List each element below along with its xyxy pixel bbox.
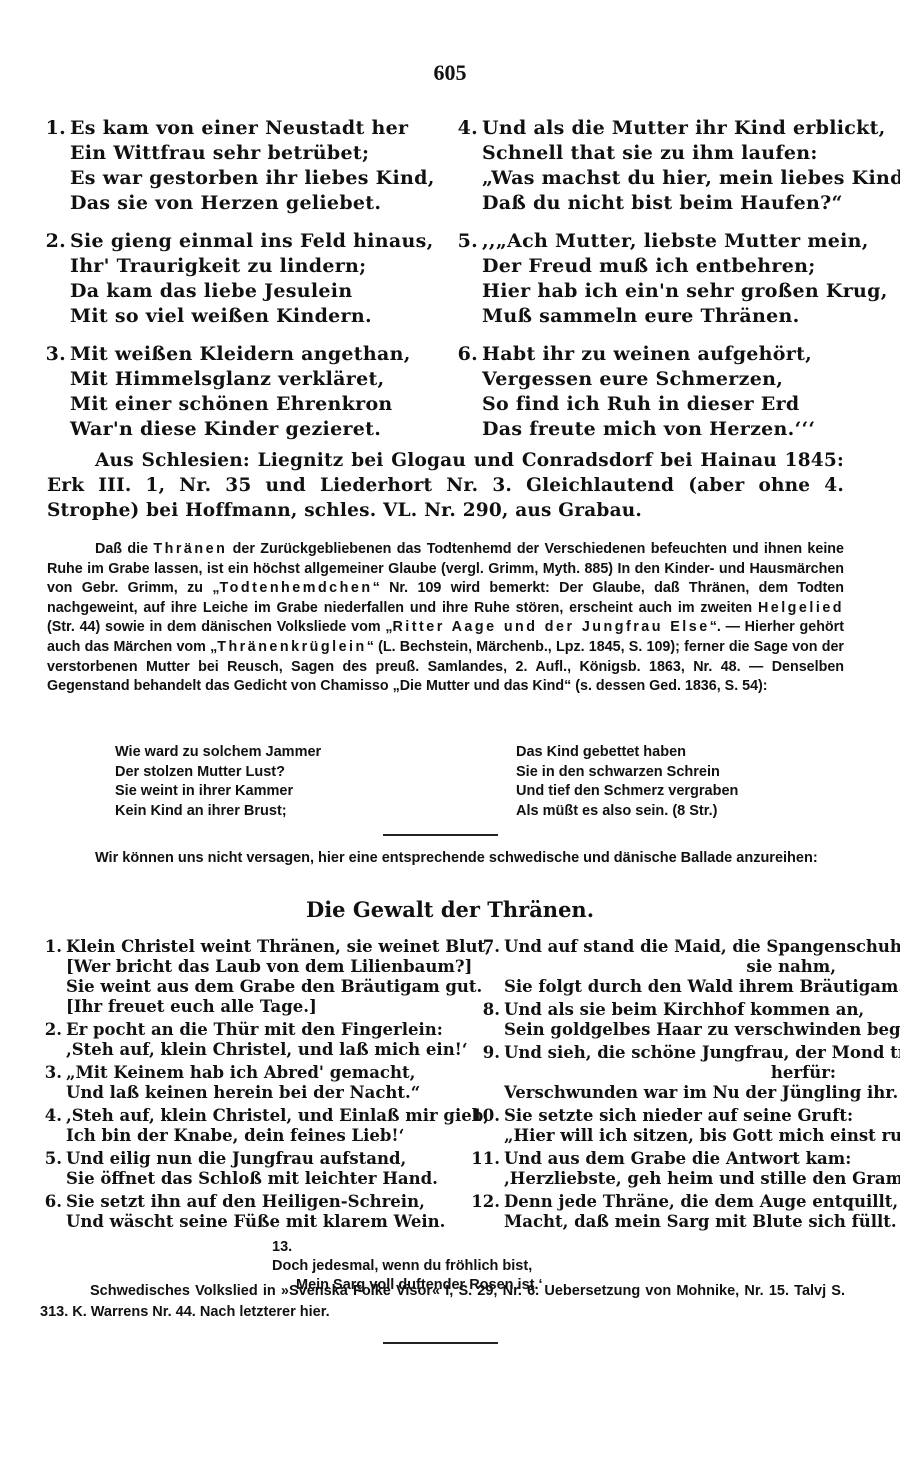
- stanza-line: Mit einer schönen Ehrenkron: [50, 392, 435, 417]
- emphasis-text: Helgelied: [758, 600, 844, 616]
- section-divider: [383, 834, 498, 836]
- poem-stanza: 3.Mit weißen Kleidern angethan, Mit Himm…: [50, 342, 435, 442]
- stanza-line: Ein Wittfrau sehr betrübet;: [50, 141, 435, 166]
- quote-line: Sie in den schwarzen Schrein: [516, 763, 738, 783]
- stanza-number: 2.: [32, 1020, 62, 1040]
- quote-line: Das Kind gebettet haben: [516, 743, 738, 763]
- stanza-number: 3.: [32, 1063, 62, 1083]
- stanza-line: 4.Und als die Mutter ihr Kind erblickt,: [462, 116, 900, 141]
- ballad-line: 5.Und eilig nun die Jungfrau aufstand,: [46, 1149, 446, 1169]
- ballad-line: [Ihr freuet euch alle Tage.]: [46, 997, 446, 1017]
- ballad-title: Die Gewalt der Thränen.: [0, 897, 900, 922]
- stanza-number: 10.: [470, 1106, 500, 1126]
- stanza-number: 6.: [32, 1192, 62, 1212]
- ballad-stanza: 5.Und eilig nun die Jungfrau aufstand, S…: [46, 1149, 446, 1189]
- stanza-number: 1.: [42, 116, 66, 141]
- stanza-number: 8.: [470, 1000, 500, 1020]
- ballad-line: Sie öffnet das Schloß mit leichter Hand.: [46, 1169, 446, 1189]
- ballad-line: [Wer bricht das Laub von dem Lilienbaum?…: [46, 957, 446, 977]
- quote-line: Sie weint in ihrer Kammer: [115, 782, 321, 802]
- ballad-line: 11.Und aus dem Grabe die Antwort kam:: [484, 1149, 836, 1169]
- ballad-line: „Hier will ich sitzen, bis Gott mich ein…: [484, 1126, 836, 1146]
- stanza-number: 13.: [272, 1238, 543, 1257]
- poem-stanza: 2.Sie gieng einmal ins Feld hinaus, Ihr'…: [50, 229, 435, 329]
- ballad-stanza: 1.Klein Christel weint Thränen, sie wein…: [46, 937, 446, 1017]
- stanza-number: 12.: [470, 1192, 500, 1212]
- stanza-line: 3.Mit weißen Kleidern angethan,: [50, 342, 435, 367]
- ballad-stanza: 9.Und sieh, die schöne Jungfrau, der Mon…: [484, 1043, 836, 1103]
- stanza-number: 5.: [32, 1149, 62, 1169]
- ballad-line: 13. Doch jedesmal, wenn du fröhlich bist…: [272, 1238, 543, 1276]
- stanza-line: Mit Himmelsglanz verkläret,: [50, 367, 435, 392]
- ballad-line: 9.Und sieh, die schöne Jungfrau, der Mon…: [484, 1043, 836, 1063]
- poem-stanza: 6.Habt ihr zu weinen aufgehört, Vergesse…: [462, 342, 900, 442]
- ballad-line: 4.,Steh auf, klein Christel, und Einlaß …: [46, 1106, 446, 1126]
- stanza-number: 4.: [454, 116, 478, 141]
- ballad-line: 7.Und auf stand die Maid, die Spangensch…: [484, 937, 836, 957]
- emphasis-text: Todtenhemdchen: [219, 580, 372, 596]
- emphasis-text: Ritter Aage und der Jungfrau Else: [392, 619, 709, 635]
- stanza-line: Da kam das liebe Jesulein: [50, 279, 435, 304]
- stanza-line: 5.,,„Ach Mutter, liebste Mutter mein,: [462, 229, 900, 254]
- stanza-number: 9.: [470, 1043, 500, 1063]
- quote-left-column: Wie ward zu solchem Jammer Der stolzen M…: [115, 743, 321, 821]
- stanza-line: Ihr' Traurigkeit zu lindern;: [50, 254, 435, 279]
- end-divider: [383, 1342, 498, 1344]
- ballad-stanza: 6.Sie setzt ihn auf den Heiligen-Schrein…: [46, 1192, 446, 1232]
- quote-line: Und tief den Schmerz vergraben: [516, 782, 738, 802]
- ballad-line: Und laß keinen herein bei der Nacht.“: [46, 1083, 446, 1103]
- ballad-line: 1.Klein Christel weint Thränen, sie wein…: [46, 937, 446, 957]
- ballad-line: Sein goldgelbes Haar zu verschwinden beg…: [484, 1020, 836, 1040]
- stanza-line: 2.Sie gieng einmal ins Feld hinaus,: [50, 229, 435, 254]
- ballad-stanza: 4.,Steh auf, klein Christel, und Einlaß …: [46, 1106, 446, 1146]
- ballad-left-column: 1.Klein Christel weint Thränen, sie wein…: [46, 937, 446, 1235]
- stanza-line: Hier hab ich ein'n sehr großen Krug,: [462, 279, 900, 304]
- stanza-number: 3.: [42, 342, 66, 367]
- ballad-line: ,Steh auf, klein Christel, und laß mich …: [46, 1040, 446, 1060]
- ballad-line: 10.Sie setzte sich nieder auf seine Gruf…: [484, 1106, 836, 1126]
- ballad-line-continuation: sie nahm,: [484, 957, 836, 977]
- ballad-line: ,Herzliebste, geh heim und stille den Gr…: [484, 1169, 836, 1189]
- stanza-number: 4.: [32, 1106, 62, 1126]
- ballad-line: Und wäscht seine Füße mit klarem Wein.: [46, 1212, 446, 1232]
- stanza-line: Vergessen eure Schmerzen,: [462, 367, 900, 392]
- stanza-line: „Was machst du hier, mein liebes Kind: [462, 166, 900, 191]
- ballad-stanza: 10.Sie setzte sich nieder auf seine Gruf…: [484, 1106, 836, 1146]
- stanza-line: Mit so viel weißen Kindern.: [50, 304, 435, 329]
- stanza-line: Es war gestorben ihr liebes Kind,: [50, 166, 435, 191]
- ballad-stanza: 12.Denn jede Thräne, die dem Auge entqui…: [484, 1192, 836, 1232]
- quote-line: Als müßt es also sein. (8 Str.): [516, 802, 738, 822]
- stanza-line: 1.Es kam von einer Neustadt her: [50, 116, 435, 141]
- poem-stanza: 4.Und als die Mutter ihr Kind erblickt, …: [462, 116, 900, 216]
- quote-line: Der stolzen Mutter Lust?: [115, 763, 321, 783]
- poem-left-column: 1.Es kam von einer Neustadt her Ein Witt…: [50, 116, 435, 455]
- ballad-stanza: 7.Und auf stand die Maid, die Spangensch…: [484, 937, 836, 997]
- ballad-line: Macht, daß mein Sarg mit Blute sich füll…: [484, 1212, 836, 1232]
- ballad-line: Verschwunden war im Nu der Jüngling ihr.: [484, 1083, 836, 1103]
- ballad-stanza: 11.Und aus dem Grabe die Antwort kam: ,H…: [484, 1149, 836, 1189]
- ballad-line: 3.„Mit Keinem hab ich Abred' gemacht,: [46, 1063, 446, 1083]
- stanza-line: Der Freud muß ich entbehren;: [462, 254, 900, 279]
- poem-right-column: 4.Und als die Mutter ihr Kind erblickt, …: [462, 116, 900, 455]
- stanza-number: 1.: [32, 937, 62, 957]
- stanza-line: So find ich Ruh in dieser Erd: [462, 392, 900, 417]
- stanza-number: 11.: [470, 1149, 500, 1169]
- ballad-right-column: 7.Und auf stand die Maid, die Spangensch…: [484, 937, 836, 1235]
- ballad-line: Sie folgt durch den Wald ihrem Bräutigam…: [484, 977, 836, 997]
- stanza-number: 6.: [454, 342, 478, 367]
- ballad-line: 2.Er pocht an die Thür mit den Fingerlei…: [46, 1020, 446, 1040]
- stanza-number: 7.: [470, 937, 500, 957]
- ballad-line: Sie weint aus dem Grabe den Bräutigam gu…: [46, 977, 446, 997]
- intro-paragraph: Wir können uns nicht versagen, hier eine…: [47, 848, 844, 868]
- stanza-number: 5.: [454, 229, 478, 254]
- ballad-stanza: 8.Und als sie beim Kirchhof kommen an, S…: [484, 1000, 836, 1040]
- stanza-line: Daß du nicht bist beim Haufen?“: [462, 191, 900, 216]
- emphasis-text: Thränen: [153, 541, 227, 557]
- quote-right-column: Das Kind gebettet haben Sie in den schwa…: [516, 743, 738, 821]
- poem-stanza: 1.Es kam von einer Neustadt her Ein Witt…: [50, 116, 435, 216]
- commentary-paragraph: Daß die Thränen der Zurückgebliebenen da…: [47, 540, 844, 697]
- ballad-stanza: 2.Er pocht an die Thür mit den Fingerlei…: [46, 1020, 446, 1060]
- stanza-line: 6.Habt ihr zu weinen aufgehört,: [462, 342, 900, 367]
- source-note: Aus Schlesien: Liegnitz bei Glogau und C…: [47, 448, 844, 523]
- stanza-line: Das freute mich von Herzen.‘‘‘: [462, 417, 900, 442]
- ballad-line: 12.Denn jede Thräne, die dem Auge entqui…: [484, 1192, 836, 1212]
- page-number: 605: [0, 60, 900, 86]
- closing-note: Schwedisches Volkslied in »Svenska Folke…: [40, 1281, 845, 1323]
- ballad-line: 6.Sie setzt ihn auf den Heiligen-Schrein…: [46, 1192, 446, 1212]
- ballad-stanza: 3.„Mit Keinem hab ich Abred' gemacht, Un…: [46, 1063, 446, 1103]
- stanza-line: War'n diese Kinder gezieret.: [50, 417, 435, 442]
- ballad-line: 8.Und als sie beim Kirchhof kommen an,: [484, 1000, 836, 1020]
- stanza-number: 2.: [42, 229, 66, 254]
- stanza-line: Muß sammeln eure Thränen.: [462, 304, 900, 329]
- ballad-line: Ich bin der Knabe, dein feines Lieb!‘: [46, 1126, 446, 1146]
- ballad-line-continuation: herfür:: [484, 1063, 836, 1083]
- stanza-line: Schnell that sie zu ihm laufen:: [462, 141, 900, 166]
- emphasis-text: Thränenkrüglein: [217, 639, 367, 655]
- quote-line: Wie ward zu solchem Jammer: [115, 743, 321, 763]
- quote-line: Kein Kind an ihrer Brust;: [115, 802, 321, 822]
- poem-stanza: 5.,,„Ach Mutter, liebste Mutter mein, De…: [462, 229, 900, 329]
- stanza-line: Das sie von Herzen geliebet.: [50, 191, 435, 216]
